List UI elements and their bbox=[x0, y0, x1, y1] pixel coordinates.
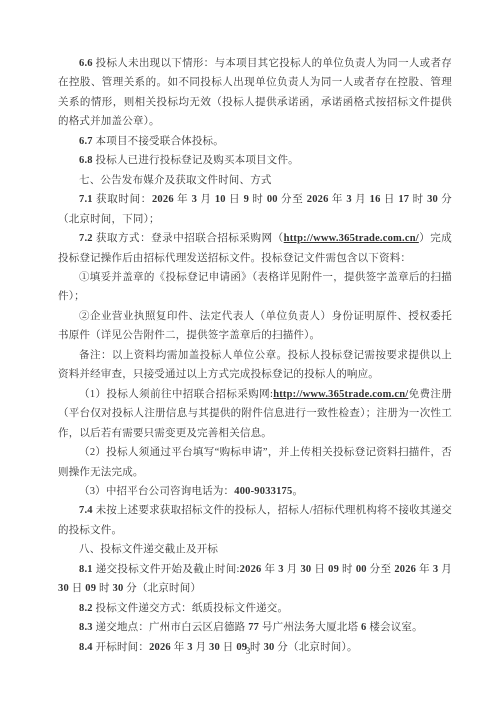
section-heading: 八、投标文件递交截止及开标 bbox=[58, 540, 452, 559]
text-run: 七、公告发布媒介及获取文件时间、方式 bbox=[79, 175, 272, 186]
text-run: 09 bbox=[85, 583, 96, 594]
text-run: 月 bbox=[438, 564, 452, 575]
paragraph: 备注：以上资料均需加盖投标人单位公章。投标人投标登记需按要求提供以上资料并经审查… bbox=[58, 346, 452, 385]
text-run: 楼会议室。 bbox=[367, 622, 423, 633]
text-run: 时 bbox=[96, 583, 112, 594]
text-run: 8.2 bbox=[79, 603, 93, 614]
hyperlink[interactable]: http://www.365trade.com.cn/ bbox=[284, 233, 419, 244]
text-run: 6.7 bbox=[79, 136, 93, 147]
text-run: 日 bbox=[226, 194, 244, 205]
text-run: 30 bbox=[427, 194, 438, 205]
text-run: 7.2 bbox=[79, 233, 93, 244]
paragraph: 6.8 投标人已进行投标登记及购买本项目文件。 bbox=[58, 151, 452, 170]
text-run: 获取方式：登录中招联合招标采购网（ bbox=[93, 233, 284, 244]
text-run: 月 bbox=[197, 194, 215, 205]
text-run: 6.8 bbox=[79, 155, 93, 166]
text-run: 30 bbox=[58, 583, 69, 594]
text-run: 递交投标文件开始及截止时间: bbox=[93, 564, 240, 575]
text-run: 09 bbox=[328, 564, 339, 575]
text-run: 递交地点：广州市白云区启德路 bbox=[93, 622, 248, 633]
text-run: （1）投标人须前往中招联合招标采购网: bbox=[79, 389, 273, 400]
paragraph: 6.7 本项目不接受联合体投标。 bbox=[58, 132, 452, 151]
text-run: 未按上述要求获取招标文件的投标人，招标人/招标代理机构将不接收其递交的投标文件。 bbox=[58, 505, 452, 535]
text-run: 日 bbox=[69, 583, 85, 594]
text-run: 本项目不接受联合体投标。 bbox=[93, 136, 224, 147]
text-run: 分至 bbox=[367, 564, 395, 575]
text-run: 8.3 bbox=[79, 622, 93, 633]
text-run: ②企业营业执照复印件、法定代表人（单位负责人）身份证明原件、授权委托书原件（详见… bbox=[58, 311, 452, 341]
paragraph: （2）投标人须通过平台填写“购标申请”，并上传相关投标登记资料扫描件，否则操作无… bbox=[58, 443, 452, 482]
text-run: 年 bbox=[416, 564, 433, 575]
hyperlink[interactable]: http://www.365trade.com.cn/ bbox=[273, 389, 408, 400]
text-run: 30 bbox=[300, 564, 311, 575]
text-run: 77 bbox=[248, 622, 259, 633]
text-run: 日 bbox=[311, 564, 328, 575]
text-run: 00 bbox=[356, 564, 367, 575]
text-run: 年 bbox=[329, 194, 347, 205]
paragraph: ①填妥并盖章的《投标登记申请函》（表格详见附件一，提供签字盖章后的扫描件）； bbox=[58, 268, 452, 307]
text-run: 7.1 bbox=[79, 194, 93, 205]
text-run: 8.1 bbox=[79, 564, 93, 575]
paragraph: （1）投标人须前往中招联合招标采购网:http://www.365trade.c… bbox=[58, 385, 452, 443]
text-run: 备注：以上资料均需加盖投标人单位公章。投标人投标登记需按要求提供以上资料并经审查… bbox=[58, 350, 452, 380]
paragraph: ②企业营业执照复印件、法定代表人（单位负责人）身份证明原件、授权委托书原件（详见… bbox=[58, 307, 452, 346]
paragraph: 8.1 递交投标文件开始及截止时间:2026 年 3 月 30 日 09 时 0… bbox=[58, 560, 452, 599]
text-run: 号广州法务大厦北塔 bbox=[259, 622, 361, 633]
text-run: 6.6 bbox=[79, 58, 93, 69]
text-run: 月 bbox=[352, 194, 370, 205]
document-body: 6.6 投标人未出现以下情形：与本项目其它投标人的单位负责人为同一人或者存在控股… bbox=[58, 54, 452, 657]
text-run: 时 bbox=[339, 564, 356, 575]
text-run: 400-9033175 bbox=[234, 486, 292, 497]
text-run: 2026 bbox=[307, 194, 329, 205]
text-run: 2026 bbox=[152, 194, 174, 205]
text-run: 八、投标文件递交截止及开标 bbox=[79, 544, 218, 555]
text-run: 获取时间： bbox=[93, 194, 152, 205]
paragraph: （3）中招平台公司咨询电话为：400-9033175。 bbox=[58, 482, 452, 501]
paragraph: 8.2 投标文件递交方式：纸质投标文件递交。 bbox=[58, 599, 452, 618]
text-run: 10 bbox=[215, 194, 226, 205]
text-run: （2）投标人须通过平台填写“购标申请”，并上传相关投标登记资料扫描件，否则操作无… bbox=[58, 447, 452, 477]
paragraph: 7.1 获取时间：2026 年 3 月 10 日 9 时 00 分至 2026 … bbox=[58, 190, 452, 229]
text-run: 日 bbox=[381, 194, 399, 205]
text-run: 投标人已进行投标登记及购买本项目文件。 bbox=[93, 155, 299, 166]
text-run: 时 bbox=[409, 194, 427, 205]
paragraph: 7.4 未按上述要求获取招标文件的投标人，招标人/招标代理机构将不接收其递交的投… bbox=[58, 501, 452, 540]
section-heading: 七、公告发布媒介及获取文件时间、方式 bbox=[58, 171, 452, 190]
paragraph: 7.2 获取方式：登录中招联合招标采购网（http://www.365trade… bbox=[58, 229, 452, 268]
text-run: 30 bbox=[113, 583, 124, 594]
text-run: 16 bbox=[370, 194, 381, 205]
text-run: ①填妥并盖章的《投标登记申请函》（表格详见附件一，提供签字盖章后的扫描件）； bbox=[58, 272, 452, 302]
text-run: 。 bbox=[292, 486, 303, 497]
text-run: 月 bbox=[284, 564, 301, 575]
text-run: 年 bbox=[174, 194, 192, 205]
page-number: 3 bbox=[0, 646, 496, 656]
text-run: 17 bbox=[398, 194, 409, 205]
text-run: 时 bbox=[249, 194, 267, 205]
text-run: 7.4 bbox=[79, 505, 93, 516]
text-run: 年 bbox=[261, 564, 278, 575]
text-run: 投标人未出现以下情形：与本项目其它投标人的单位负责人为同一人或者存在控股、管理关… bbox=[58, 58, 452, 127]
text-run: 2026 bbox=[240, 564, 262, 575]
text-run: 2026 bbox=[394, 564, 416, 575]
paragraph: 6.6 投标人未出现以下情形：与本项目其它投标人的单位负责人为同一人或者存在控股… bbox=[58, 54, 452, 132]
text-run: 投标文件递交方式：纸质投标文件递交。 bbox=[93, 603, 288, 614]
paragraph: 8.3 递交地点：广州市白云区启德路 77 号广州法务大厦北塔 6 楼会议室。 bbox=[58, 618, 452, 637]
text-run: （3）中招平台公司咨询电话为： bbox=[79, 486, 234, 497]
text-run: 00 bbox=[267, 194, 278, 205]
text-run: 分至 bbox=[278, 194, 307, 205]
document-page: 6.6 投标人未出现以下情形：与本项目其它投标人的单位负责人为同一人或者存在控股… bbox=[0, 0, 496, 702]
text-run: 分（北京时间） bbox=[123, 583, 201, 594]
